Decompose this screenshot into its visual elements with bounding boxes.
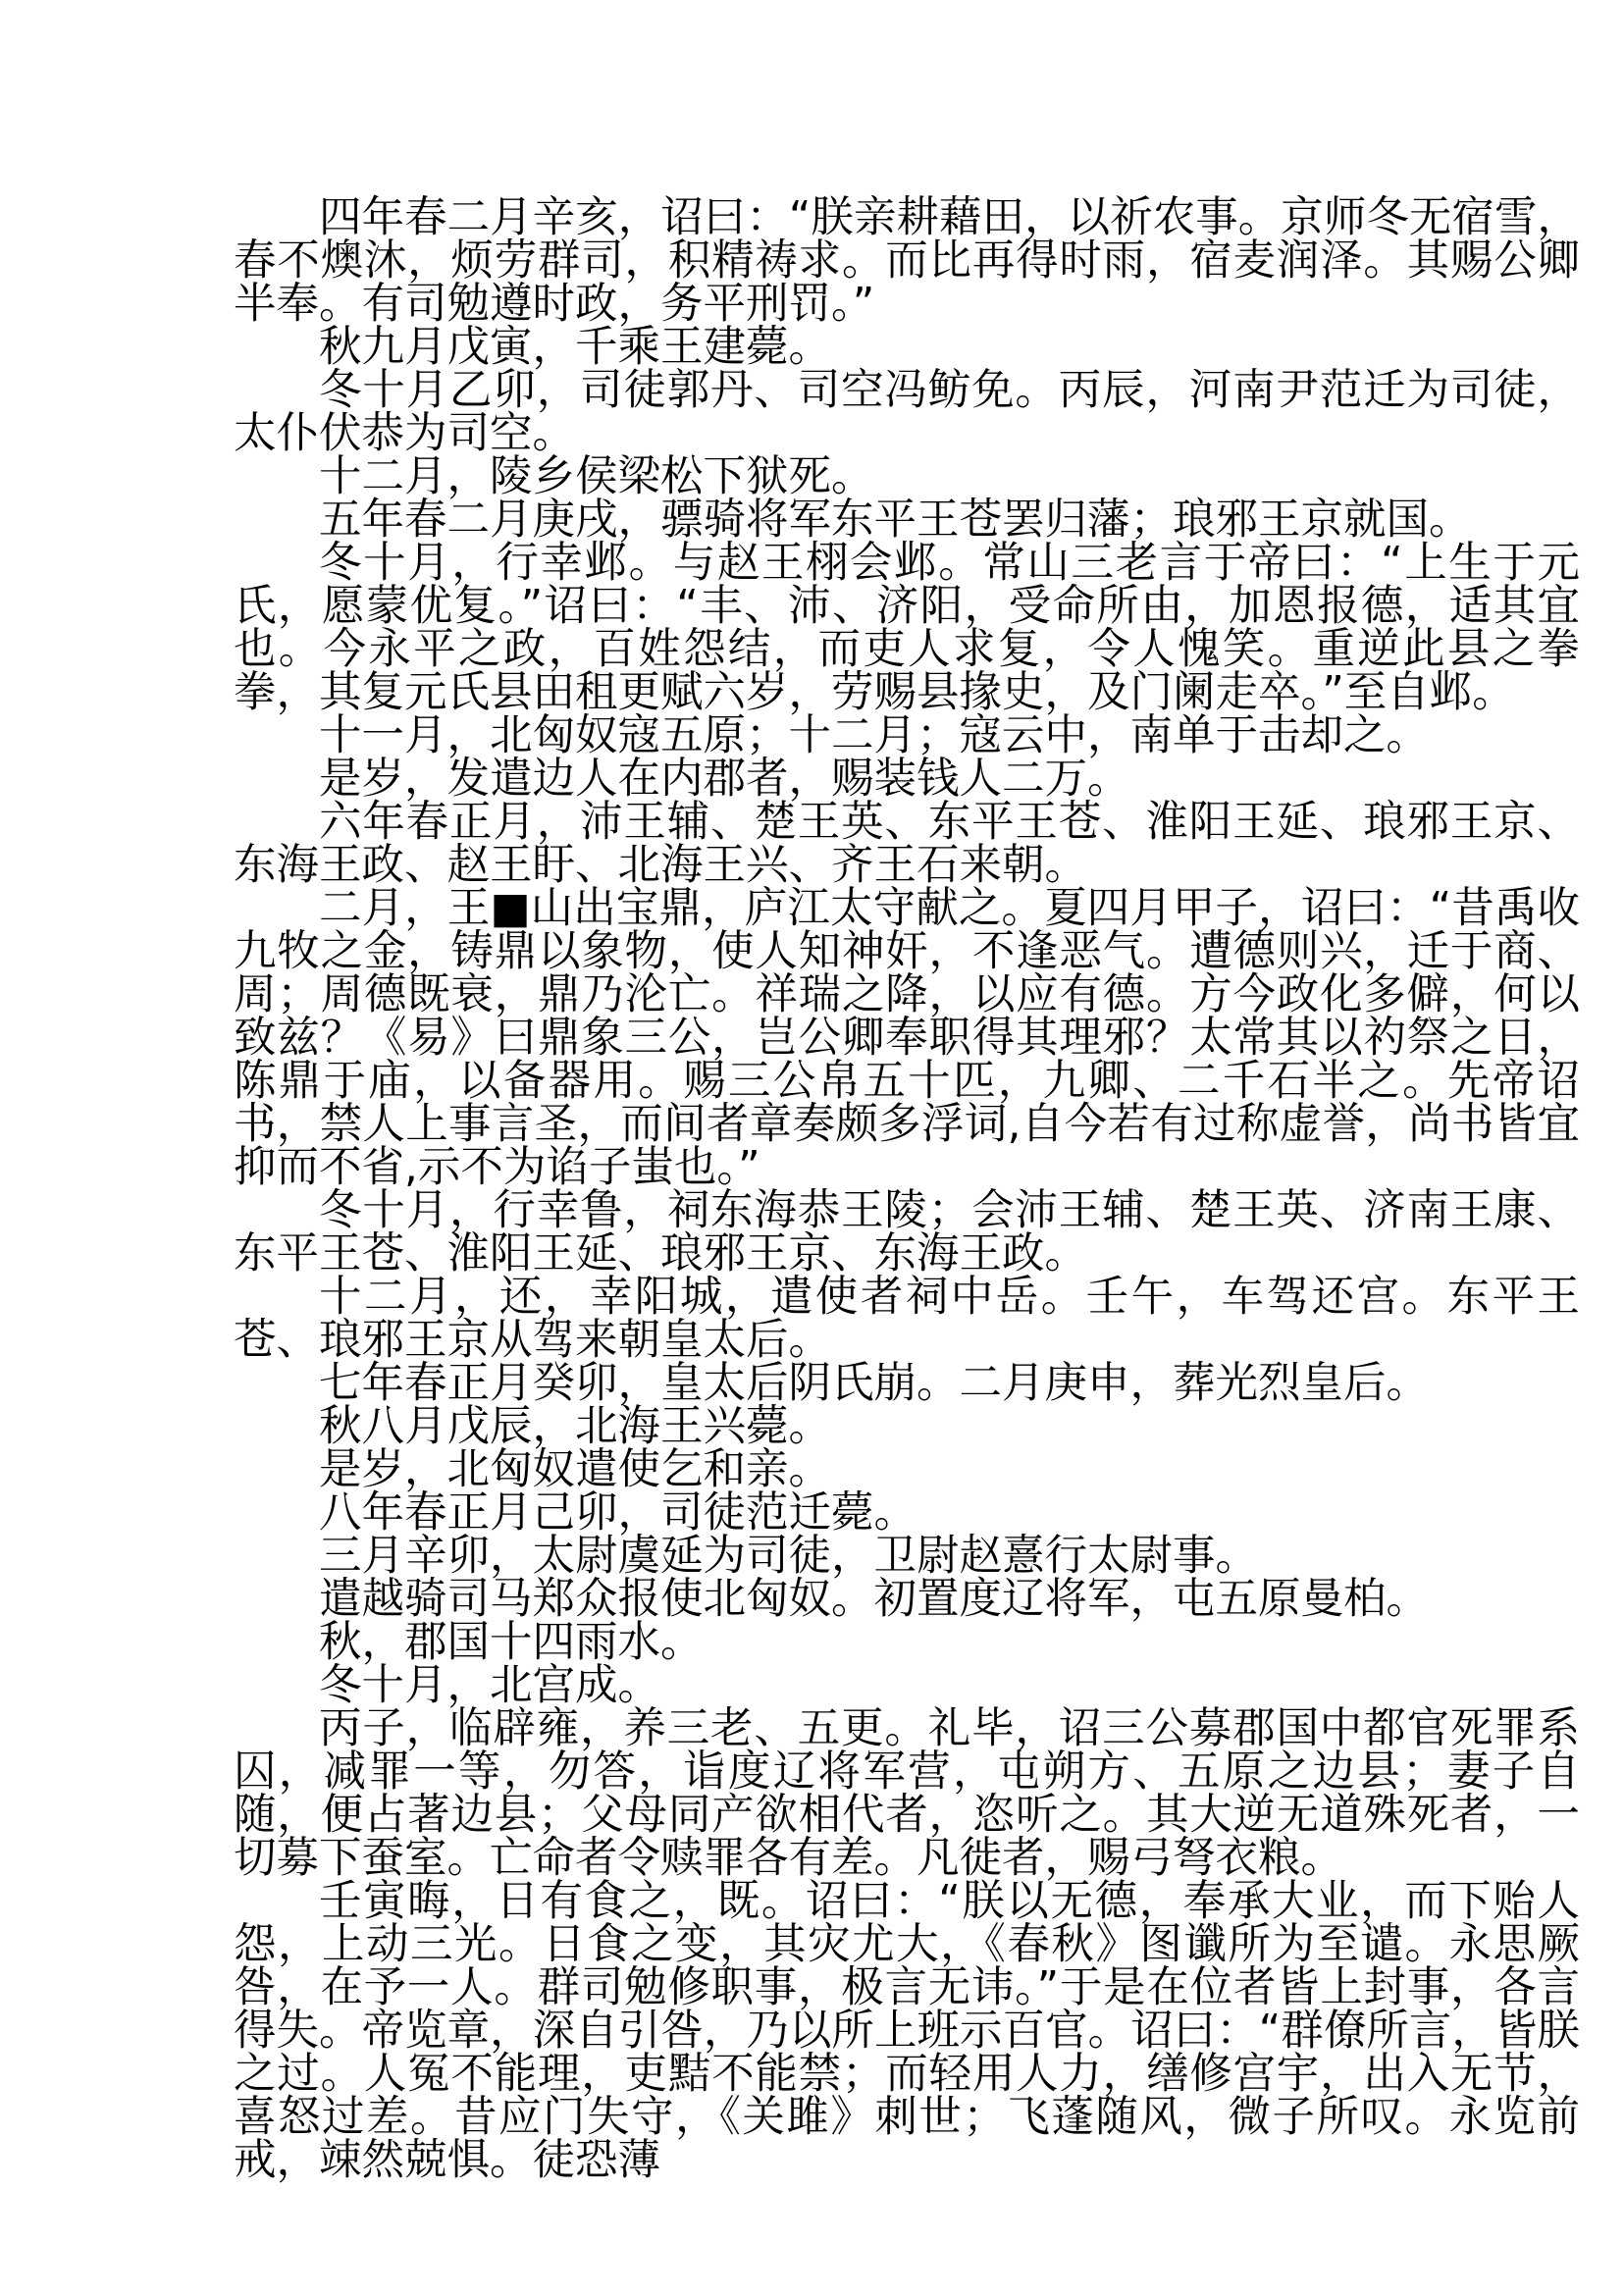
paragraph: 遣越骑司马郑众报使北匈奴。初置度辽将军，屯五原曼柏。 [234,1578,1580,1621]
paragraph: 秋，郡国十四雨水。 [234,1621,1580,1664]
paragraph: 三月辛卯，太尉虞延为司徒，卫尉赵憙行太尉事。 [234,1535,1580,1578]
paragraph: 壬寅晦，日有食之，既。诏曰：“朕以无德，奉承大业，而下贻人怨，上动三光。日食之变… [234,1880,1580,2182]
paragraph: 十一月，北匈奴寇五原；十二月；寇云中，南单于击却之。 [234,714,1580,757]
paragraph: 八年春正月己卯，司徒范迁薨。 [234,1491,1580,1535]
paragraph: 七年春正月癸卯，皇太后阴氏崩。二月庚申，葬光烈皇后。 [234,1362,1580,1405]
paragraph: 冬十月，行幸邺。与赵王栩会邺。常山三老言于帝曰：“上生于元氏，愿蒙优复。”诏曰：… [234,542,1580,714]
paragraph: 十二月，还，幸阳城，遣使者祠中岳。壬午，车驾还宫。东平王苍、琅邪王京从驾来朝皇太… [234,1276,1580,1362]
paragraph: 冬十月，北宫成。 [234,1664,1580,1707]
document-page: 四年春二月辛亥，诏曰：“朕亲耕藉田，以祈农事。京师冬无宿雪，春不燠沐，烦劳群司，… [0,0,1624,2294]
paragraph: 秋八月戊辰，北海王兴薨。 [234,1405,1580,1448]
paragraph: 秋九月戊寅，千乘王建薨。 [234,326,1580,369]
paragraph: 是岁，北匈奴遣使乞和亲。 [234,1448,1580,1491]
text-body: 四年春二月辛亥，诏曰：“朕亲耕藉田，以祈农事。京师冬无宿雪，春不燠沐，烦劳群司，… [234,196,1580,2182]
paragraph: 冬十月，行幸鲁，祠东海恭王陵；会沛王辅、楚王英、济南王康、东平王苍、淮阳王延、琅… [234,1189,1580,1276]
paragraph: 是岁，发遣边人在内郡者，赐装钱人二万。 [234,757,1580,801]
paragraph: 四年春二月辛亥，诏曰：“朕亲耕藉田，以祈农事。京师冬无宿雪，春不燠沐，烦劳群司，… [234,196,1580,326]
paragraph: 冬十月乙卯，司徒郭丹、司空冯鲂免。丙辰，河南尹范迁为司徒，太仆伏恭为司空。 [234,369,1580,455]
paragraph: 六年春正月，沛王辅、楚王英、东平王苍、淮阳王延、琅邪王京、东海王政、赵王盱、北海… [234,801,1580,887]
paragraph: 丙子，临辟雍，养三老、五更。礼毕，诏三公募郡国中都官死罪系囚，减罪一等，勿答，诣… [234,1707,1580,1880]
paragraph: 二月，王■山出宝鼎，庐江太守献之。夏四月甲子，诏曰：“昔禹收九牧之金，铸鼎以象物… [234,887,1580,1189]
paragraph: 五年春二月庚戌，骠骑将军东平王苍罢归藩；琅邪王京就国。 [234,498,1580,542]
paragraph: 十二月，陵乡侯梁松下狱死。 [234,455,1580,498]
